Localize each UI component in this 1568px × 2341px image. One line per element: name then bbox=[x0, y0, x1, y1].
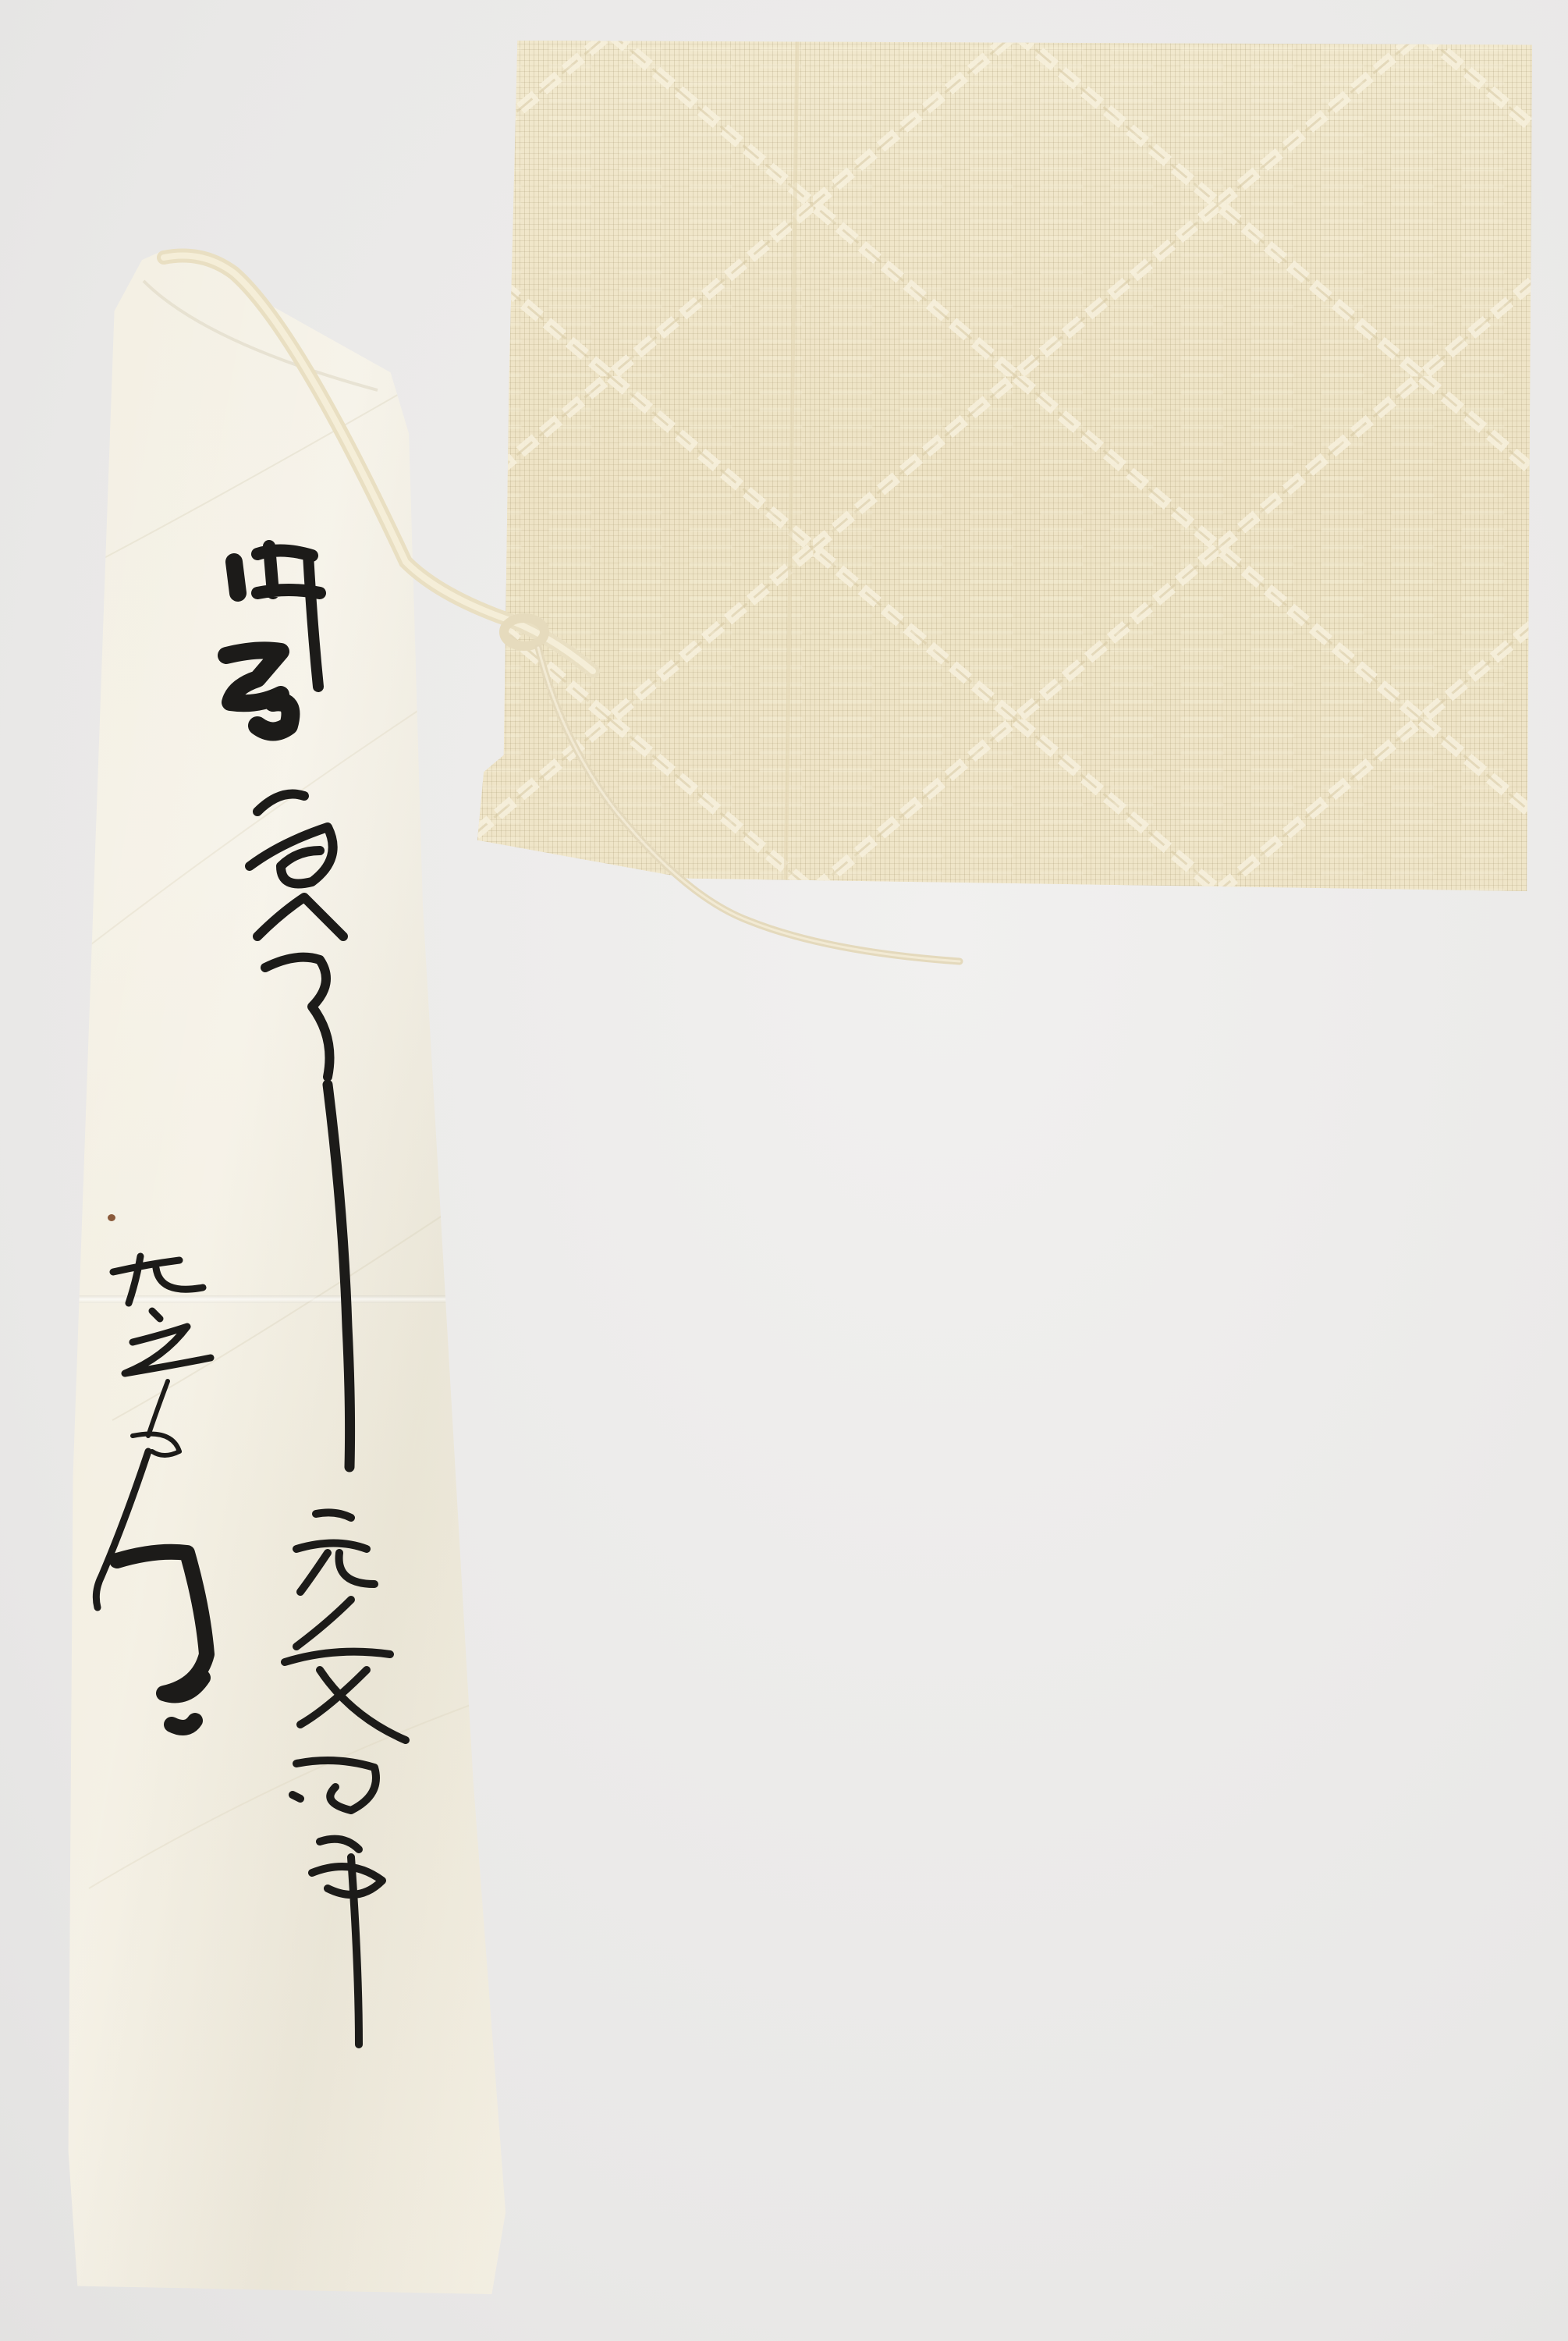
ink-stain-spot bbox=[108, 1214, 115, 1221]
fabric-swatch bbox=[477, 41, 1532, 891]
diamond-weave-pattern bbox=[477, 41, 1532, 891]
photo-background: 紗引 白紗 元文四年 九之丞 門 bbox=[0, 0, 1568, 2341]
paper-fold-crease bbox=[50, 1295, 510, 1303]
